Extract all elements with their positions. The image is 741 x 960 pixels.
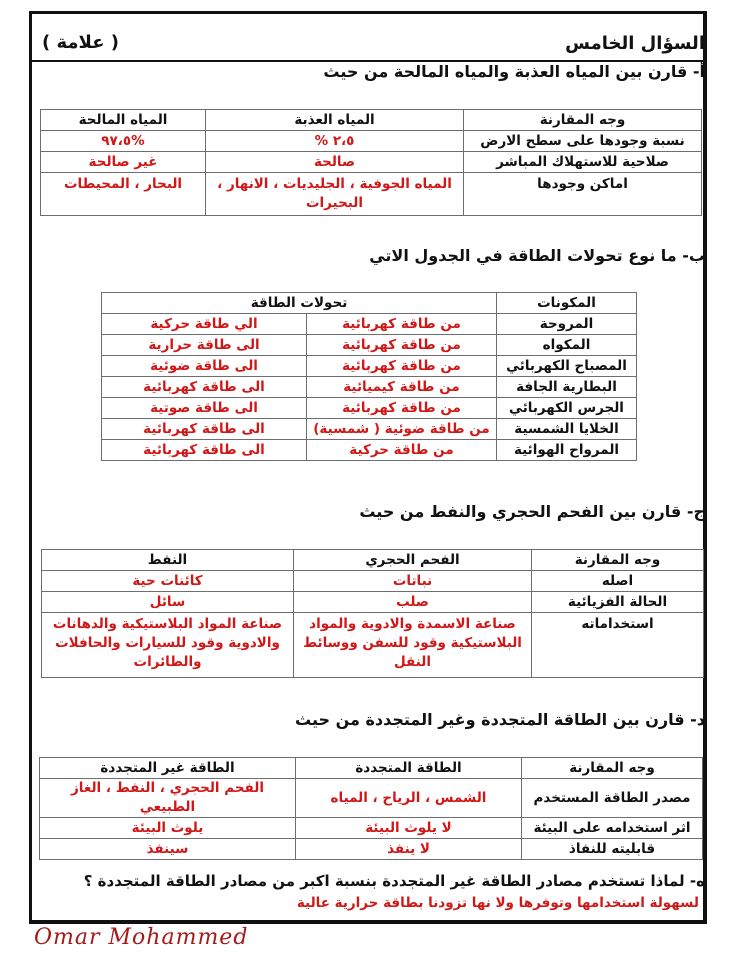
from-energy-cell: من طاقة كيميائية (307, 377, 497, 398)
answer-cell: الشمس ، الرياح ، المياه (296, 779, 522, 818)
table-row: المرواح الهوائية من طاقة حركية الى طاقة … (102, 440, 637, 461)
row-label: اثر استخدامه على البيئة (522, 818, 703, 839)
row-label: استخداماته (532, 613, 704, 678)
component-cell: البطارية الجافة (497, 377, 637, 398)
table-row: نسبة وجودها على سطح الارض ٢،٥ % %٩٧،٥ (41, 131, 702, 152)
table-row: الجرس الكهربائي من طاقة كهربائية الى طاق… (102, 398, 637, 419)
table-row: البطارية الجافة من طاقة كيميائية الى طاق… (102, 377, 637, 398)
component-cell: المكواه (497, 335, 637, 356)
to-energy-cell: الى طاقة كهربائية (102, 419, 307, 440)
header-cell: الطاقة المتجددة (296, 758, 522, 779)
energy-transformation-table: المكونات تحولات الطاقة المروحة من طاقة ك… (101, 292, 637, 461)
answer-cell: %٩٧،٥ (41, 131, 206, 152)
header-cell: وجه المقارنة (532, 550, 704, 571)
table-header-row: وجه المقارنة المياه العذبة المياه المالح… (41, 110, 702, 131)
row-label: الحالة الفزيائية (532, 592, 704, 613)
answer-cell: نباتات (294, 571, 532, 592)
answer-cell: صناعة المواد البلاستيكية والدهانات والاد… (42, 613, 294, 678)
section-d-title: د- قارن بين الطاقة المتجددة وغير المتجدد… (295, 710, 705, 729)
answer-cell: الفحم الحجري ، النفط ، الغاز الطبيعي (40, 779, 296, 818)
from-energy-cell: من طاقة كهربائية (307, 335, 497, 356)
table-row: اثر استخدامه على البيئة لا يلوث البيئة ي… (40, 818, 703, 839)
to-energy-cell: الى طاقة كهربائية (102, 440, 307, 461)
question-title: السؤال الخامس (565, 33, 705, 54)
section-a-title: أ- قارن بين المياه العذبة والمياه المالح… (323, 62, 705, 81)
answer-cell: يلوث البيئة (40, 818, 296, 839)
row-label: اماكن وجودها (464, 173, 702, 216)
author-signature: Omar Mohammed (34, 925, 248, 950)
table-row: المروحة من طاقة كهربائية الي طاقة حركية (102, 314, 637, 335)
to-energy-cell: الى طاقة ضوئية (102, 356, 307, 377)
header-cell: المياه العذبة (206, 110, 464, 131)
section-b-title: ب- ما نوع تحولات الطاقة في الجدول الاتي (369, 246, 705, 265)
answer-cell: صلب (294, 592, 532, 613)
answer-cell: صناعة الاسمدة والادوية والمواد البلاستيك… (294, 613, 532, 678)
component-cell: المروحة (497, 314, 637, 335)
answer-cell: سائل (42, 592, 294, 613)
header-cell: المكونات (497, 293, 637, 314)
answer-cell: غير صالحة (41, 152, 206, 173)
from-energy-cell: من طاقة حركية (307, 440, 497, 461)
from-energy-cell: من طاقة كهربائية (307, 398, 497, 419)
row-label: قابليته للنفاذ (522, 839, 703, 860)
section-e-answer: لسهولة استخدامها وتوفرها ولا نها تزودنا … (297, 895, 699, 911)
table-row: الخلايا الشمسية من طاقة ضوئية ( شمسية) ا… (102, 419, 637, 440)
row-label: نسبة وجودها على سطح الارض (464, 131, 702, 152)
table-row: قابليته للنفاذ لا ينفذ سينفذ (40, 839, 703, 860)
component-cell: الخلايا الشمسية (497, 419, 637, 440)
row-label: صلاحية للاستهلاك المباشر (464, 152, 702, 173)
header-cell: وجه المقارنة (522, 758, 703, 779)
answer-cell: البحار ، المحيطات (41, 173, 206, 216)
from-energy-cell: من طاقة كهربائية (307, 314, 497, 335)
component-cell: المصباح الكهربائي (497, 356, 637, 377)
renewable-vs-nonrenewable-table: وجه المقارنة الطاقة المتجددة الطاقة غير … (39, 757, 703, 860)
row-label: مصدر الطاقة المستخدم (522, 779, 703, 818)
answer-cell: المياه الجوفية ، الجليديات ، الانهار ، ا… (206, 173, 464, 216)
to-energy-cell: الى طاقة حرارية (102, 335, 307, 356)
table-row: الحالة الفزيائية صلب سائل (42, 592, 704, 613)
table-header-row: المكونات تحولات الطاقة (102, 293, 637, 314)
section-e-question: ه- لماذا تستخدم مصادر الطاقة غير المتجدد… (84, 872, 705, 890)
to-energy-cell: الي طاقة حركية (102, 314, 307, 335)
answer-cell: صالحة (206, 152, 464, 173)
table-row: صلاحية للاستهلاك المباشر صالحة غير صالحة (41, 152, 702, 173)
answer-cell: ٢،٥ % (206, 131, 464, 152)
table-row: المصباح الكهربائي من طاقة كهربائية الى ط… (102, 356, 637, 377)
table-row: استخداماته صناعة الاسمدة والادوية والموا… (42, 613, 704, 678)
table-row: اماكن وجودها المياه الجوفية ، الجليديات … (41, 173, 702, 216)
section-c-title: ج- قارن بين الفحم الحجري والنفط من حيث (359, 502, 705, 521)
fresh-vs-salt-water-table: وجه المقارنة المياه العذبة المياه المالح… (40, 109, 702, 216)
answer-cell: لا يلوث البيئة (296, 818, 522, 839)
header-cell: النفط (42, 550, 294, 571)
table-header-row: وجه المقارنة الفحم الحجري النفط (42, 550, 704, 571)
component-cell: المرواح الهوائية (497, 440, 637, 461)
from-energy-cell: من طاقة ضوئية ( شمسية) (307, 419, 497, 440)
coal-vs-oil-table: وجه المقارنة الفحم الحجري النفط اصله نبا… (41, 549, 704, 678)
header-cell: تحولات الطاقة (102, 293, 497, 314)
answer-cell: سينفذ (40, 839, 296, 860)
from-energy-cell: من طاقة كهربائية (307, 356, 497, 377)
header-cell: المياه المالحة (41, 110, 206, 131)
table-header-row: وجه المقارنة الطاقة المتجددة الطاقة غير … (40, 758, 703, 779)
table-row: اصله نباتات كائنات حية (42, 571, 704, 592)
row-label: اصله (532, 571, 704, 592)
header-cell: الفحم الحجري (294, 550, 532, 571)
answer-cell: كائنات حية (42, 571, 294, 592)
table-row: المكواه من طاقة كهربائية الى طاقة حرارية (102, 335, 637, 356)
table-row: مصدر الطاقة المستخدم الشمس ، الرياح ، ال… (40, 779, 703, 818)
to-energy-cell: الى طاقة كهربائية (102, 377, 307, 398)
component-cell: الجرس الكهربائي (497, 398, 637, 419)
mark-label: ( علامة ) (42, 32, 119, 53)
header-cell: وجه المقارنة (464, 110, 702, 131)
header-cell: الطاقة غير المتجددة (40, 758, 296, 779)
answer-cell: لا ينفذ (296, 839, 522, 860)
to-energy-cell: الى طاقة صوتية (102, 398, 307, 419)
